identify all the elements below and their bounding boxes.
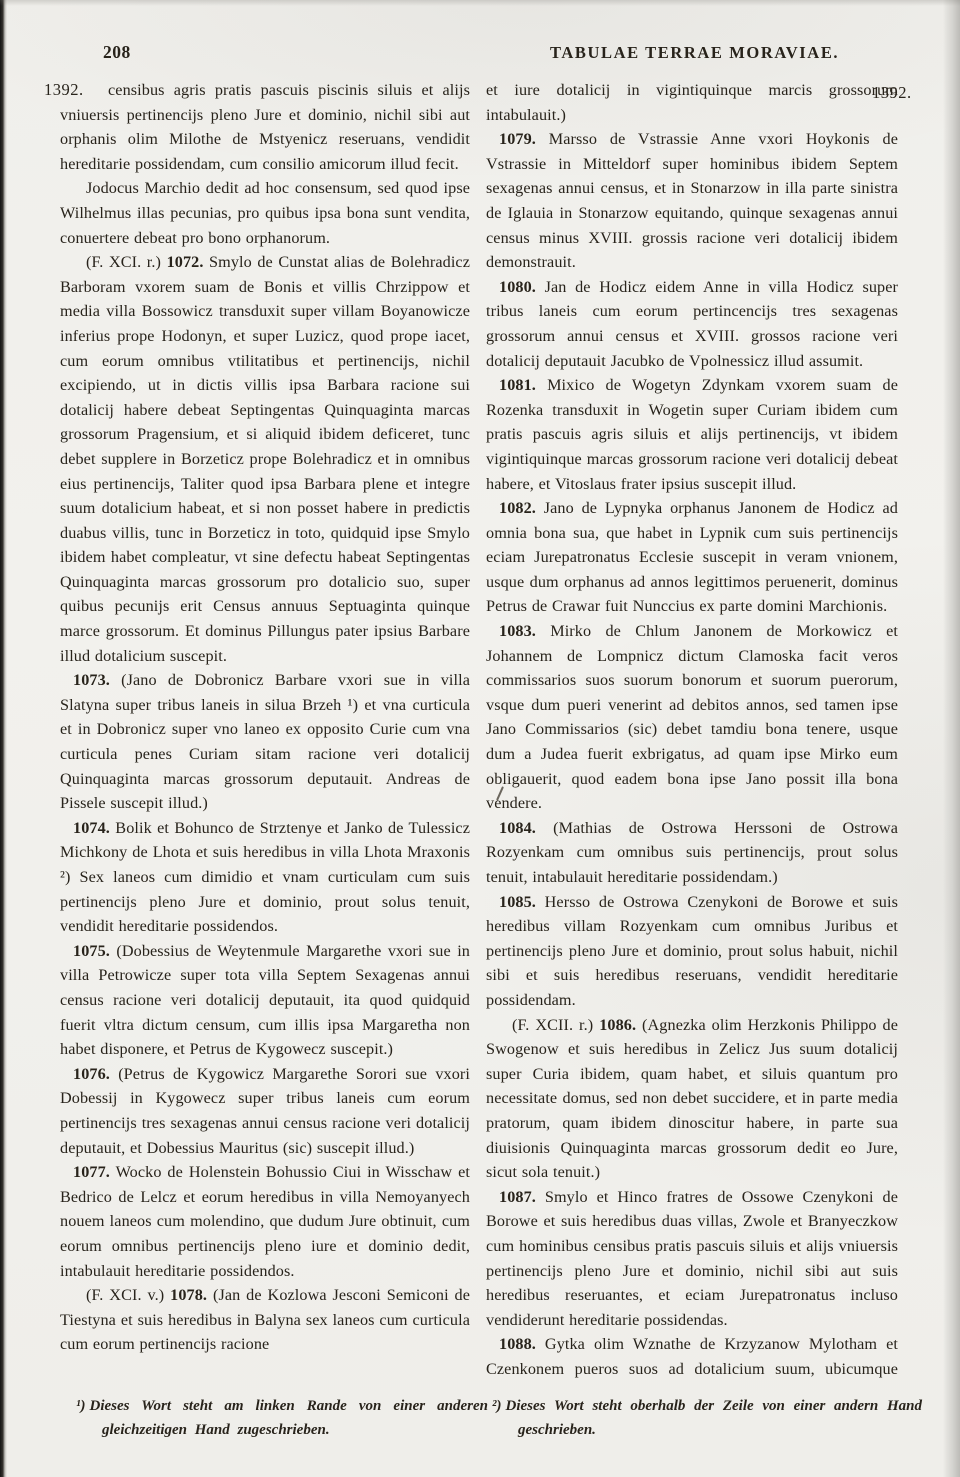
entry-paragraph: 1074. Bolik et Bohunco de Strztenye et J… [60,816,470,939]
entry-text: censibus agris pratis pascuis piscinis s… [60,81,470,173]
page-number: 208 [103,42,131,63]
entry-number: 1080. [499,278,536,296]
entry-text: Mirko de Chlum Janonem de Morkowicz et J… [486,622,898,812]
entry-number: 1088. [499,1335,536,1353]
entry-text: Jan de Hodicz eidem Anne in villa Hodicz… [486,278,898,370]
entry-text: Wocko de Holenstein Bohussio Ciui in Wis… [60,1163,470,1279]
entry-paragraph: 1088. Gytka olim Wznathe de Krzyzanow My… [486,1332,898,1378]
entry-paragraph: 1076. (Petrus de Kygowicz Margarethe Sor… [60,1062,470,1160]
entry-text: (Petrus de Kygowicz Margarethe Sorori su… [60,1065,470,1157]
entry-text: (Dobessius de Weytenmule Margarethe vxor… [60,942,470,1058]
entry-text: Gytka olim Wznathe de Krzyzanow Mylotham… [486,1335,898,1378]
entry-text: Mixico de Wogetyn Zdynkam vxorem suam de… [486,376,898,492]
entry-number: 1074. [73,819,110,837]
entry-number: 1083. [499,622,536,640]
entry-text: (Jano de Dobronicz Barbare vxori sue in … [60,671,470,812]
entry-paragraph: 1080. Jan de Hodicz eidem Anne in villa … [486,275,898,373]
entry-paragraph: 1085. Hersso de Ostrowa Czenykoni de Bor… [486,890,898,1013]
entry-number: 1085. [499,893,536,911]
entry-text: Smylo de Cunstat alias de Bolehradicz Ba… [60,253,470,665]
folio-ref: (F. XCI. v.) [86,1286,164,1304]
left-column: censibus agris pratis pascuis piscinis s… [60,78,470,1378]
entry-paragraph: 1082. Jano de Lypnyka orphanus Janonem d… [486,496,898,619]
entry-number: 1076. [73,1065,110,1083]
entry-text: Smylo et Hinco fratres de Ossowe Czenyko… [486,1188,898,1329]
entry-paragraph: et iure dotalicij in vigintiquinque marc… [486,78,898,127]
entry-text: Jodocus Marchio dedit ad hoc consensum, … [60,179,470,246]
scanned-book-page: 208 TABULAE TERRAE MORAVIAE. 1392. 1392.… [0,0,960,1477]
entry-number: 1075. [73,942,110,960]
entry-text: Bolik et Bohunco de Strztenye et Janko d… [60,819,470,935]
footnote-marker: ¹) [76,1398,90,1414]
scan-edge-right [943,0,960,1477]
entry-paragraph: 1084. (Mathias de Ostrowa Herssoni de Os… [486,816,898,890]
entry-number: 1077. [73,1163,110,1181]
folio-ref: (F. XCI. r.) [86,253,161,271]
page-title: TABULAE TERRAE MORAVIAE. [550,43,839,63]
right-column: et iure dotalicij in vigintiquinque marc… [486,78,898,1378]
entry-number: 1084. [499,819,536,837]
entry-number: 1072. [167,253,204,271]
entry-paragraph: (F. XCI. r.) 1072. Smylo de Cunstat alia… [60,250,470,668]
entry-number: 1086. [599,1016,636,1034]
scan-edge-left [0,0,7,1477]
footnote-text: Dieses Wort steht am linken Rande von ei… [90,1398,489,1438]
footnote-1: ¹)Dieses Wort steht am linken Rande von … [76,1394,488,1442]
folio-ref: (F. XCII. r.) [512,1016,593,1034]
entry-paragraph: (F. XCI. v.) 1078. (Jan de Kozlowa Jesco… [60,1283,470,1357]
entry-number: 1078. [170,1286,207,1304]
entry-paragraph: 1077. Wocko de Holenstein Bohussio Ciui … [60,1160,470,1283]
entry-paragraph: 1079. Marsso de Vstrassie Anne vxori Hoy… [486,127,898,275]
entry-number: 1073. [73,671,110,689]
entry-paragraph: Jodocus Marchio dedit ad hoc consensum, … [60,176,470,250]
entry-paragraph: (F. XCII. r.) 1086. (Agnezka olim Herzko… [486,1013,898,1185]
entry-text: Jano de Lypnyka orphanus Janonem de Hodi… [486,499,898,615]
footnote-marker: ²) [492,1398,506,1414]
entry-number: 1087. [499,1188,536,1206]
entry-text: (Mathias de Ostrowa Herssoni de Ostrowa … [486,819,898,886]
entry-paragraph: censibus agris pratis pascuis piscinis s… [60,78,470,176]
entry-number: 1082. [499,499,536,517]
entry-paragraph: 1075. (Dobessius de Weytenmule Margareth… [60,939,470,1062]
entry-paragraph: 1073. (Jano de Dobronicz Barbare vxori s… [60,668,470,816]
entry-paragraph: 1083. Mirko de Chlum Janonem de Morkowic… [486,619,898,816]
entry-number: 1079. [499,130,536,148]
entry-number: 1081. [499,376,536,394]
entry-text: et iure dotalicij in vigintiquinque marc… [486,81,898,124]
entry-paragraph: 1087. Smylo et Hinco fratres de Ossowe C… [486,1185,898,1333]
scan-edge-top [0,0,960,6]
entry-text: Marsso de Vstrassie Anne vxori Hoykonis … [486,130,898,271]
entry-paragraph: 1081. Mixico de Wogetyn Zdynkam vxorem s… [486,373,898,496]
footnote-2: ²)Dieses Wort steht oberhalb der Zeile v… [492,1394,922,1442]
entry-text: (Agnezka olim Herzkonis Philippo de Swog… [486,1016,898,1182]
footnote-text: Dieses Wort steht oberhalb der Zeile von… [506,1398,923,1438]
entry-text: Hersso de Ostrowa Czenykoni de Borowe et… [486,893,898,1009]
